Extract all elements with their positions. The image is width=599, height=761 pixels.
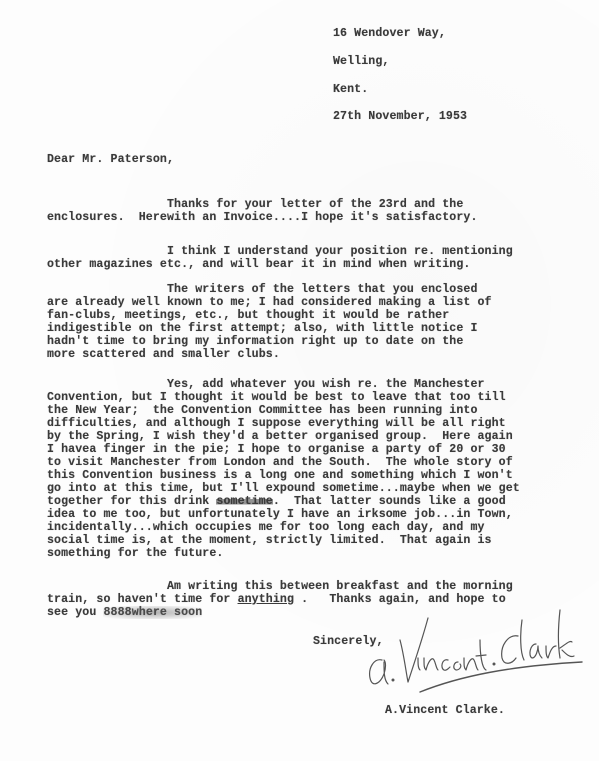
letter-date: 27th November, 1953: [333, 110, 467, 123]
salutation: Dear Mr. Paterson,: [47, 153, 174, 166]
paragraph-line: Convention, but I thought it would be be…: [47, 391, 506, 404]
paragraph-line: incidentally...which occupies me for too…: [47, 521, 485, 534]
paragraph-line: other magazines etc., and will bear it i…: [47, 258, 470, 271]
paragraph-line: fan-clubs, meetings, etc., but thought i…: [47, 309, 449, 322]
address-county: Kent.: [333, 83, 368, 96]
struck-out-word: sometime: [216, 495, 272, 508]
paragraph-line: Am writing this between breakfast and th…: [47, 580, 513, 593]
text-segment: . That latter sounds like a good: [273, 495, 506, 508]
letter-page: 16 Wendover Way, Welling, Kent. 27th Nov…: [0, 0, 599, 761]
paragraph-line: see you 8888where soon: [47, 606, 202, 619]
paragraph-line: I havea finger in the pie; I hope to org…: [47, 443, 506, 456]
address-street: 16 Wendover Way,: [333, 27, 446, 40]
paragraph-line: to visit Manchester from London and the …: [47, 456, 513, 469]
paragraph-line: more scattered and smaller clubs.: [47, 348, 280, 361]
smudged-text: 8888where soon: [103, 606, 202, 619]
paragraph-line: go into at this time, but I'll expound s…: [47, 482, 520, 495]
paragraph-line: The writers of the letters that you encl…: [47, 283, 478, 296]
paragraph-line: by the Spring, I wish they'd a better or…: [47, 430, 513, 443]
address-town: Welling,: [333, 55, 389, 68]
paragraph-line: Thanks for your letter of the 23rd and t…: [47, 198, 463, 211]
paragraph-line: enclosures. Herewith an Invoice....I hop…: [47, 211, 478, 224]
paragraph-line: indigestible on the first attempt; also,…: [47, 322, 478, 335]
paragraph-line: difficulties, and although I suppose eve…: [47, 417, 506, 430]
paragraph-line: idea to me too, but unfortunately I have…: [47, 508, 513, 521]
text-segment: together for this drink: [47, 495, 216, 508]
paragraph-line: social time is, at the moment, strictly …: [47, 534, 492, 547]
text-segment: see you: [47, 606, 103, 619]
paragraph-line: I think I understand your position re. m…: [47, 245, 513, 258]
handwritten-signature: [360, 600, 590, 700]
paragraph-line: something for the future.: [47, 547, 223, 560]
underlined-word: anything: [238, 593, 294, 606]
paragraph-line: Yes, add whatever you wish re. the Manch…: [47, 378, 485, 391]
text-segment: train, so haven't time for: [47, 593, 238, 606]
paragraph-line: the New Year; the Convention Committee h…: [47, 404, 478, 417]
paragraph-line: hadn't time to bring my information righ…: [47, 335, 463, 348]
typed-signature-name: A.Vincent Clarke.: [385, 704, 505, 717]
paragraph-line: are already well known to me; I had cons…: [47, 296, 492, 309]
paragraph-line-drink: together for this drink sometime. That l…: [47, 495, 506, 508]
paragraph-line: this Convention business is a long one a…: [47, 469, 513, 482]
